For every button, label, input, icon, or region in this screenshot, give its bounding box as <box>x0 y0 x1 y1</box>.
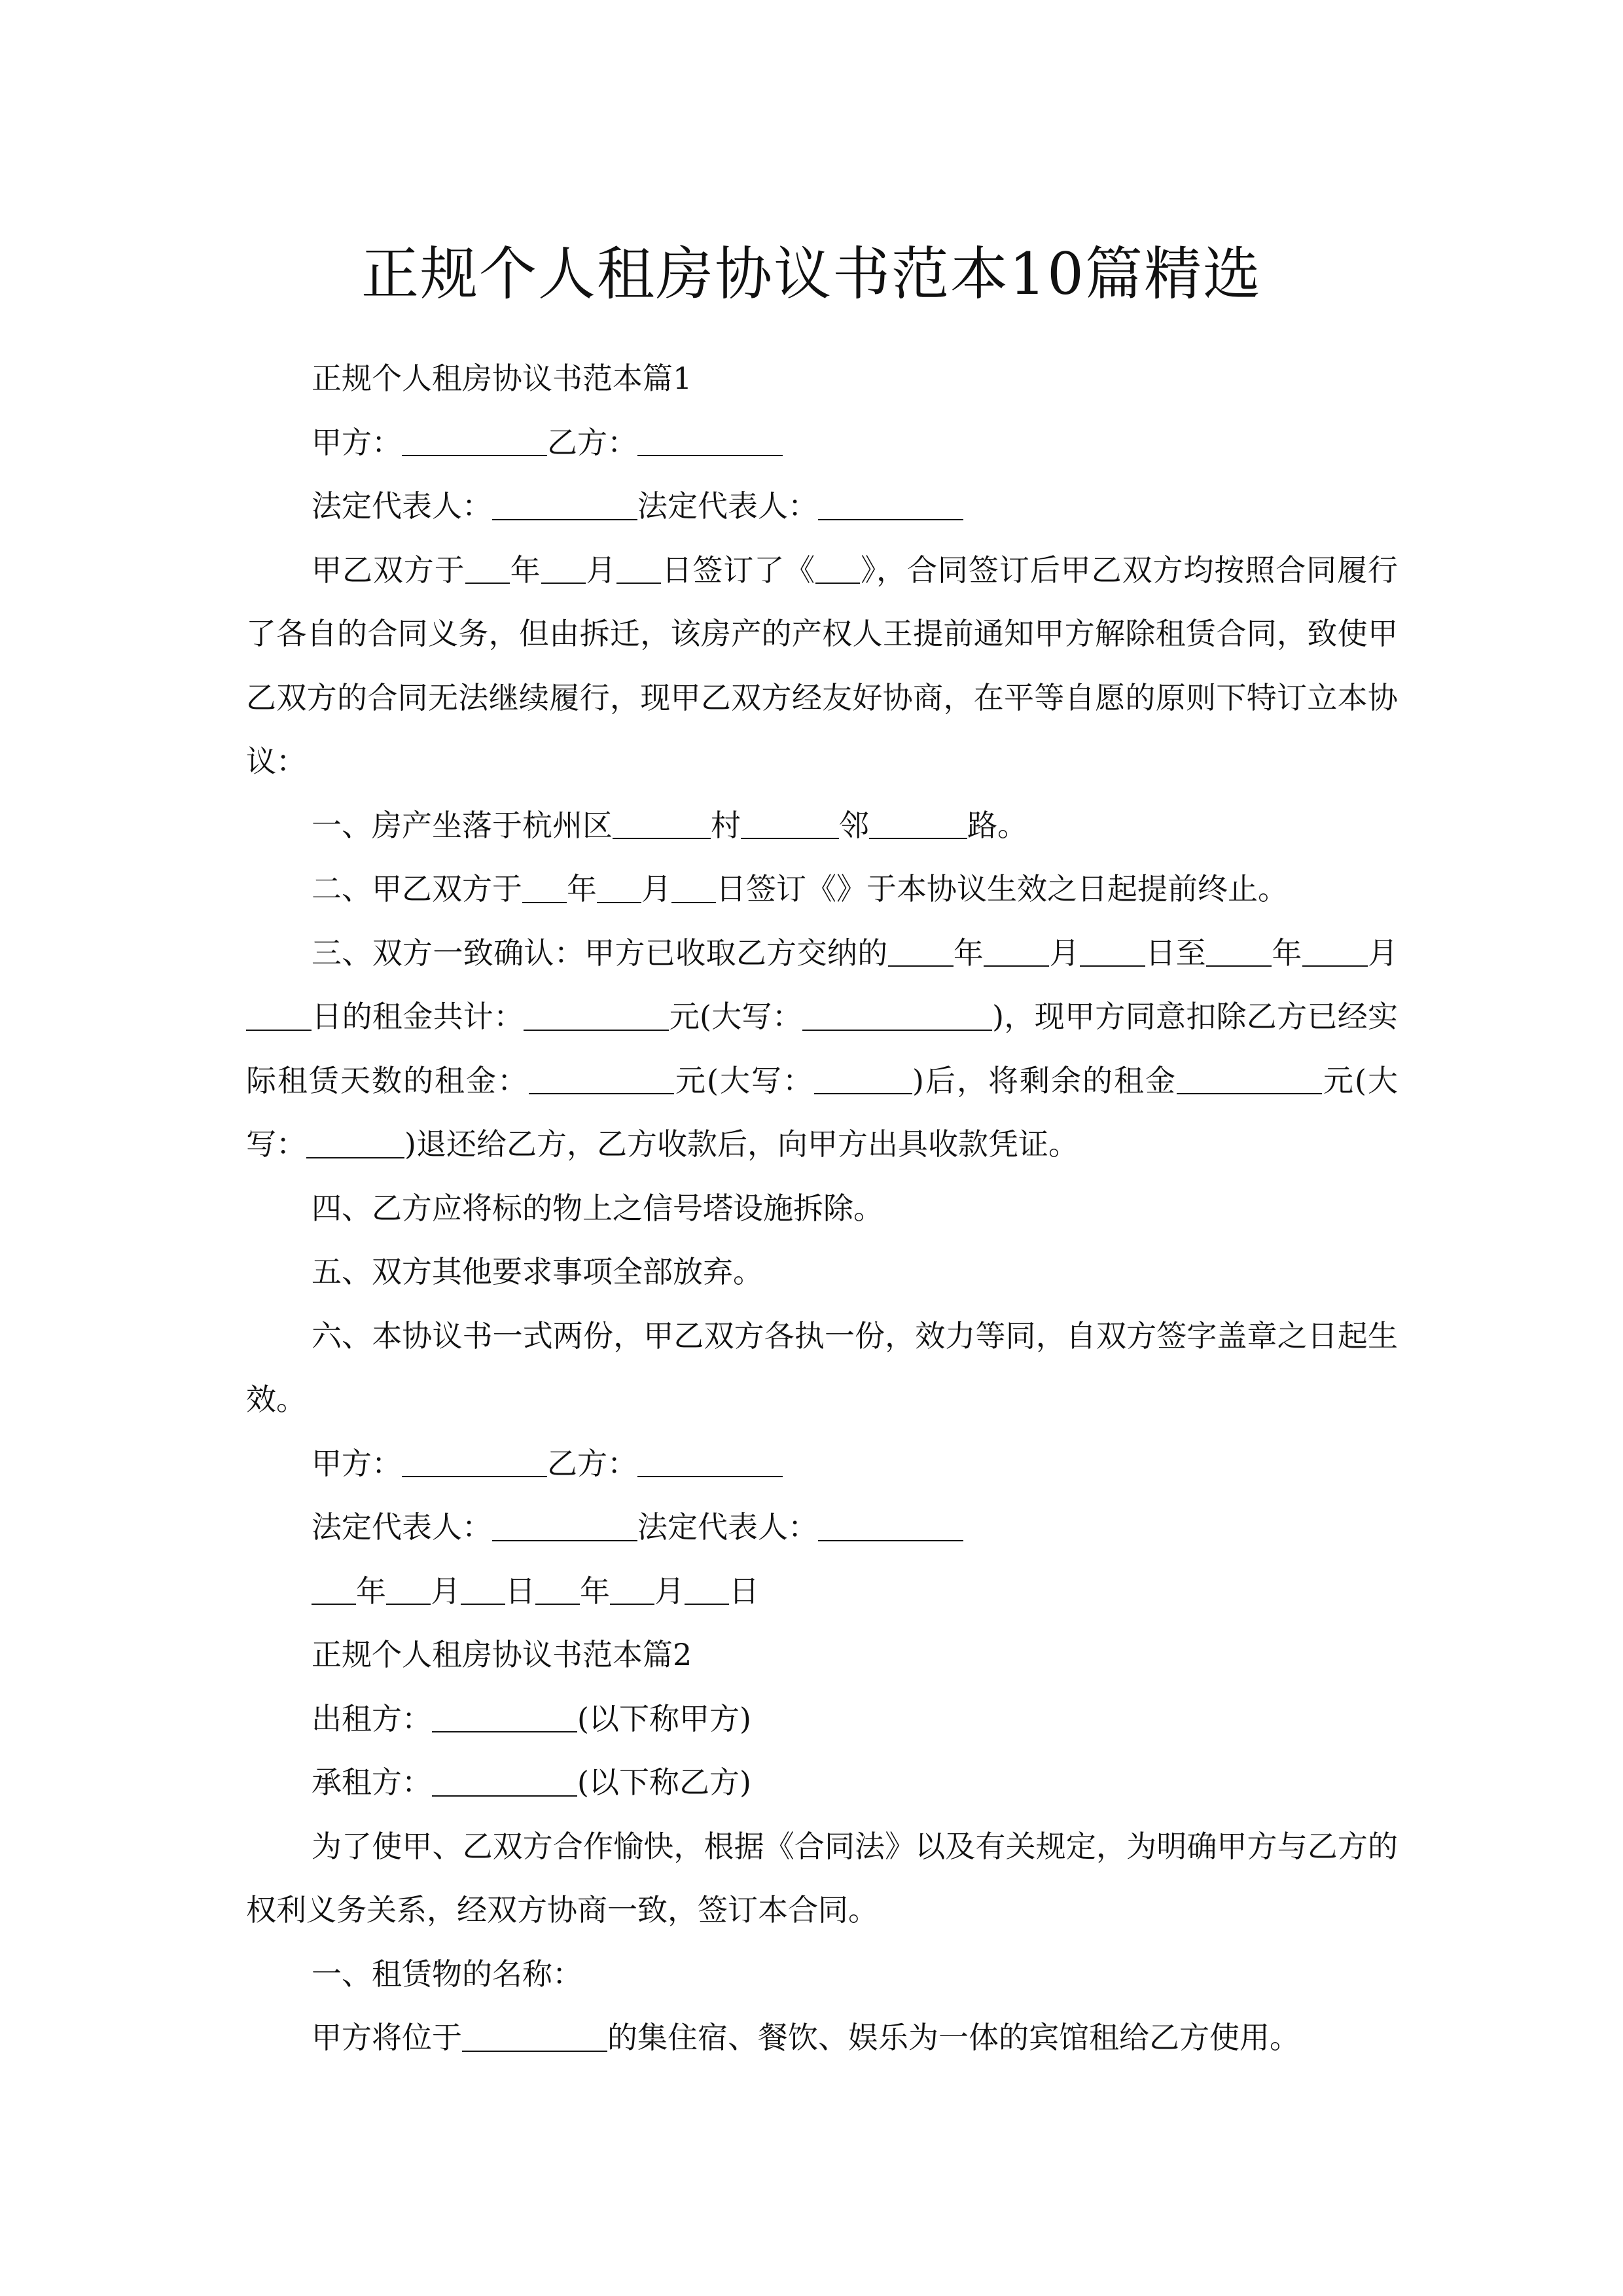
sign-rep-b-blank[interactable] <box>818 1510 963 1541</box>
day-blank[interactable] <box>616 552 661 584</box>
date-text: 年 <box>580 1573 610 1609</box>
lessee-blank[interactable] <box>432 1765 577 1797</box>
item-text: 三、双方一致确认：甲方已收取乙方交纳的 <box>312 935 888 971</box>
item-text: 年 <box>954 935 984 971</box>
item-text: 月 <box>1049 935 1080 971</box>
section-heading-1: 正规个人租房协议书范本篇1 <box>246 347 1398 411</box>
item-4: 四、乙方应将标的物上之信号塔设施拆除。 <box>246 1177 1398 1241</box>
item-text: 元(大写： <box>669 999 802 1034</box>
intro-text: 年 <box>510 552 541 588</box>
date-text: 日 <box>505 1573 535 1609</box>
item-text: )后，将剩余的租金 <box>912 1063 1177 1098</box>
legal-rep-a-blank[interactable] <box>492 489 637 520</box>
item-text: 日签订《》于本协议生效之日起提前终止。 <box>716 871 1288 906</box>
sign-party-b-blank[interactable] <box>637 1446 783 1477</box>
district-blank[interactable] <box>613 808 711 839</box>
day-blank[interactable] <box>461 1573 505 1605</box>
year-blank[interactable] <box>312 1573 356 1605</box>
month-blank[interactable] <box>541 552 586 584</box>
party-b-label: 乙方： <box>547 425 637 460</box>
item-3: 三、双方一致确认：甲方已收取乙方交纳的年月日至年月日的租金共计：元(大写：)，现… <box>246 922 1398 1177</box>
rent-used-words-blank[interactable] <box>814 1063 912 1094</box>
year-blank[interactable] <box>465 552 510 584</box>
year-blank[interactable] <box>1206 935 1272 967</box>
rent-total-words-blank[interactable] <box>802 999 992 1031</box>
legal-rep-b-label: 法定代表人： <box>637 488 818 524</box>
location-blank[interactable] <box>462 2020 607 2052</box>
date-text: 年 <box>356 1573 386 1609</box>
lessor-label: 出租方： <box>312 1701 432 1736</box>
item-text: 路。 <box>967 808 1027 843</box>
intro-text: 日签订了《 <box>661 552 815 588</box>
sign-rep-a-label: 法定代表人： <box>312 1509 492 1545</box>
day-blank[interactable] <box>1080 935 1145 967</box>
clause-1-heading: 一、租赁物的名称： <box>246 1943 1398 2007</box>
neighborhood-blank[interactable] <box>869 808 967 839</box>
party-b-blank[interactable] <box>637 425 783 456</box>
day-blank[interactable] <box>246 999 312 1031</box>
item-text: 月 <box>641 871 671 906</box>
intro-paragraph: 甲乙双方于年月日签订了《》，合同签订后甲乙双方均按照合同履行了各自的合同义务，但… <box>246 539 1398 794</box>
month-blank[interactable] <box>1302 935 1368 967</box>
document-title: 正规个人租房协议书范本10篇精选 <box>0 235 1623 314</box>
item-text: 元(大写： <box>674 1063 814 1098</box>
rent-total-blank[interactable] <box>524 999 669 1031</box>
intro-text: 甲乙双方于 <box>312 552 465 588</box>
item-text: )退还给乙方，乙方收款后，向甲方出具收款凭证。 <box>404 1126 1079 1162</box>
section-heading-2: 正规个人租房协议书范本篇2 <box>246 1623 1398 1687</box>
intro-text: 月 <box>586 552 617 588</box>
item-2: 二、甲乙双方于年月日签订《》于本协议生效之日起提前终止。 <box>246 857 1398 922</box>
preamble-paragraph: 为了使甲、乙双方合作愉快，根据《合同法》以及有关规定，为明确甲方与乙方的权利义务… <box>246 1815 1398 1943</box>
sign-rep-b-label: 法定代表人： <box>637 1509 818 1545</box>
year-blank[interactable] <box>535 1573 580 1605</box>
item-1: 一、房产坐落于杭州区村邻路。 <box>246 794 1398 858</box>
signature-rep-line: 法定代表人：法定代表人： <box>246 1496 1398 1560</box>
month-blank[interactable] <box>386 1573 431 1605</box>
item-text: 日至 <box>1145 935 1206 971</box>
legal-rep-b-blank[interactable] <box>818 489 963 520</box>
year-blank[interactable] <box>522 872 567 903</box>
date-text: 日 <box>729 1573 759 1609</box>
signature-date-line: 年月日年月日 <box>246 1560 1398 1624</box>
clause-text: 的集住宿、餐饮、娱乐为一体的宾馆租给乙方使用。 <box>607 2020 1300 2055</box>
month-blank[interactable] <box>984 935 1049 967</box>
date-text: 月 <box>654 1573 685 1609</box>
item-5: 五、双方其他要求事项全部放弃。 <box>246 1240 1398 1304</box>
lessor-line: 出租方：(以下称甲方) <box>246 1687 1398 1751</box>
item-text: 二、甲乙双方于 <box>312 871 522 906</box>
sign-party-a-label: 甲方： <box>312 1446 402 1481</box>
day-blank[interactable] <box>671 872 716 903</box>
lessee-line: 承租方：(以下称乙方) <box>246 1751 1398 1815</box>
item-text: 年 <box>567 871 597 906</box>
item-text: 邻 <box>839 808 869 843</box>
month-blank[interactable] <box>597 872 641 903</box>
clause-1-text: 甲方将位于的集住宿、餐饮、娱乐为一体的宾馆租给乙方使用。 <box>246 2006 1398 2070</box>
lessor-blank[interactable] <box>432 1701 577 1732</box>
sign-party-a-blank[interactable] <box>402 1446 547 1477</box>
item-text: 日的租金共计： <box>312 999 524 1034</box>
year-blank[interactable] <box>888 935 954 967</box>
contract-name-blank[interactable] <box>815 552 860 584</box>
item-text: 月 <box>1368 935 1398 971</box>
month-blank[interactable] <box>610 1573 654 1605</box>
lessor-note: (以下称甲方) <box>577 1701 751 1736</box>
rent-used-blank[interactable] <box>529 1063 674 1094</box>
legal-rep-line: 法定代表人：法定代表人： <box>246 475 1398 539</box>
clause-text: 甲方将位于 <box>312 2020 462 2055</box>
lessee-note: (以下称乙方) <box>577 1765 751 1800</box>
lessee-label: 承租方： <box>312 1765 432 1800</box>
document-body: 正规个人租房协议书范本篇1 甲方：乙方： 法定代表人：法定代表人： 甲乙双方于年… <box>246 347 1398 2070</box>
sign-party-b-label: 乙方： <box>547 1446 637 1481</box>
parties-line: 甲方：乙方： <box>246 411 1398 475</box>
refund-words-blank[interactable] <box>306 1127 404 1158</box>
item-text: 年 <box>1272 935 1302 971</box>
legal-rep-a-label: 法定代表人： <box>312 488 492 524</box>
sign-rep-a-blank[interactable] <box>492 1510 637 1541</box>
item-text: 一、房产坐落于杭州区 <box>312 808 613 843</box>
item-6: 六、本协议书一式两份，甲乙双方各执一份，效力等同，自双方签字盖章之日起生效。 <box>246 1304 1398 1432</box>
village-blank[interactable] <box>741 808 839 839</box>
party-a-label: 甲方： <box>312 425 402 460</box>
party-a-blank[interactable] <box>402 425 547 456</box>
document-page: 正规个人租房协议书范本10篇精选 正规个人租房协议书范本篇1 甲方：乙方： 法定… <box>0 0 1623 2296</box>
refund-blank[interactable] <box>1177 1063 1322 1094</box>
day-blank[interactable] <box>685 1573 729 1605</box>
signature-parties-line: 甲方：乙方： <box>246 1432 1398 1496</box>
item-text: 村 <box>711 808 741 843</box>
date-text: 月 <box>431 1573 461 1609</box>
